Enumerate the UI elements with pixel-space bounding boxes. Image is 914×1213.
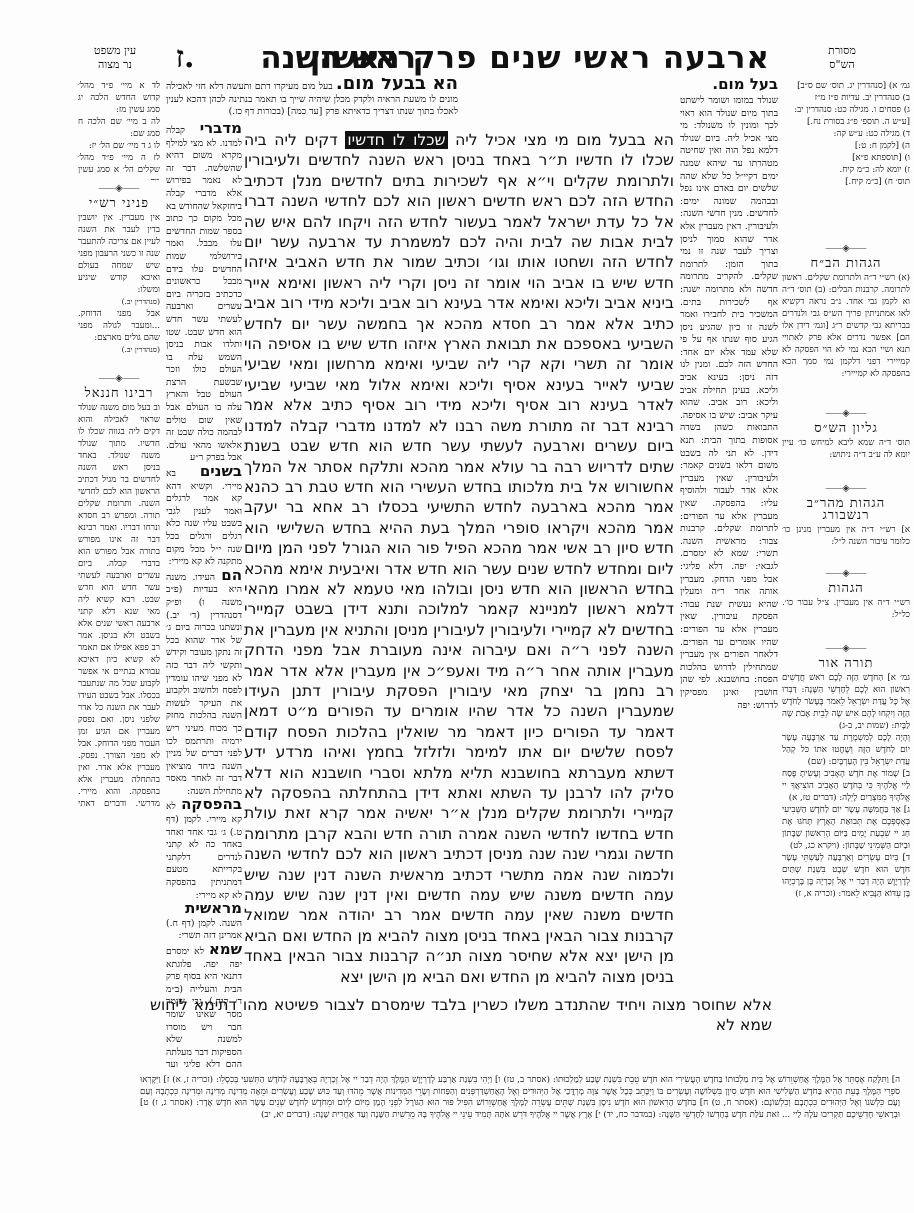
ein-mishpat-label-line1: עין משפט <box>80 44 150 58</box>
torah-or-verse: וְהָיָה לָכֶם לְמִשְׁמֶרֶת עַד אַרְבָּעָ… <box>782 732 910 768</box>
rashi-opening-dibur: בעל מום. <box>712 78 778 93</box>
torah-or-verse: י] אֶרֶץ אֲשֶׁר יי אֱלֹהֶיךָ דֹּרֵשׁ אֹת… <box>261 1110 601 1120</box>
ein-mishpat-label-line2: נר מצוה <box>80 58 150 72</box>
gilyon-hashas-column: ⸺◈⸺ גליון הש״ס תוס׳ ד״ה שמא ליבא למיחש כ… <box>782 405 910 480</box>
rashi-column: שנולד במומו ושומר לישתט בתוך מיום שנולד … <box>680 95 778 1060</box>
tosafot-opening-dibur: הא בבעל מום. <box>336 78 458 94</box>
masoret-label-line2: הש"ס <box>812 58 872 72</box>
chapter-title: ארבעה ראשי שנים פרק ראשון <box>440 40 770 76</box>
masoret-hashas-column: גמ׳ א) [סנהדרין יג. תוס׳ שם ס״ב] ב) סנהד… <box>782 80 910 240</box>
ein-mishpat-entry: לד א מיי׳ פ״ד מהל׳ קדוש החדש הלכה יג סמג… <box>78 80 160 116</box>
section-divider-ornament: ⸺◈⸺ <box>782 484 910 494</box>
masoret-entry: ג) פסחים ו. מגילה כט: סנהדרין יב: <box>782 104 910 116</box>
talmud-page: מסורת הש"ס ארבעה ראשי שנים פרק ראשון ראש… <box>0 0 914 1213</box>
torah-or-bottom-verses: ה] וַתִּלָּקַח אֶסְתֵּר אֶל הַמֶּלֶךְ אֲ… <box>140 1075 900 1121</box>
torah-or-heading: תורה אור <box>782 658 910 670</box>
masoret-entry: ו) [תוספתא פ״א] <box>782 152 910 164</box>
tosafot-dibur: שמא <box>209 940 242 958</box>
source-reference: (סנהדרין יב.) <box>78 296 160 308</box>
masoret-entry: תוס׳ ח) [כ״מ קיח.] <box>782 176 910 188</box>
torah-or-verse: ו] וַיְהִי בִּשְׁנַת אַרְבַּע לְדָרְיָוֶ… <box>172 1075 500 1085</box>
gemara-closing: אלא שחוסר מצוה ויחיד שהתנדב משלו כשרין ב… <box>150 995 772 1055</box>
hagahot-habach-heading: הגהות הב״ח <box>782 258 910 270</box>
tosafot-dibur: מראשית <box>185 899 242 917</box>
ein-mishpat-entry: לז ה מיי׳ פ״ד מהל׳ שקלים הל׳ א סמג עשין … <box>78 152 160 180</box>
tosafot-section: מראשית השנה. לקמן (דף ח.) אמרינן דזה תשר… <box>166 902 242 943</box>
tosafot-text: לא קא מיירי. לקמן (דף ט.) ג׳ גבי אחד ואח… <box>166 801 242 900</box>
masoret-entry: [ע״ש ה. תוספ׳ פ״ג בסורת נח.] <box>782 116 910 128</box>
tosafot-section: בהפסקה לא קא מיירי. לקמן (דף ט.) ג׳ גבי … <box>166 798 242 902</box>
ein-mishpat-entry: לה ב מיי׳ שם הלכה ח סמג שם: <box>78 116 160 140</box>
rabbeinu-chananel-text: וב בעל מום משנה שנולד שראוי לאכילה והוא … <box>78 402 160 810</box>
tosafot-section: מדברי קבלה למדנו. לא מצי למילף מקרא משום… <box>166 122 242 465</box>
pnei-rashi-column: ⸺◈⸺ פניני רש״י אין מעברין. אין יושבין בד… <box>78 180 160 375</box>
gemara-body: דקים ליה ביה שכלו לו חדשיו ת״ר באחד בניס… <box>244 131 674 986</box>
tosafot-text: העידו. משנה היא בעדיות (פ״ב משנה ו) ופ״ק… <box>166 572 242 797</box>
folio-number: ז. <box>170 40 200 75</box>
source-reference: (סנהדרין יב.) <box>78 344 160 356</box>
torah-or-verse: ד] בְּיוֹם עֶשְׂרִים וְאַרְבָּעָה לְעַשְ… <box>782 852 910 900</box>
ein-mishpat-entry: לו ג ד מיי׳ שם הל׳ יז: <box>78 140 160 152</box>
masoret-entry: ה) [לקמן ח: ט:] <box>782 140 910 152</box>
gemara-main-text: הא בבעל מום מי מצי אכיל ליה שכלו לו חדשי… <box>244 130 674 1060</box>
tosafot-dibur: בשנים <box>200 462 242 480</box>
pnei-rashi-heading: פניני רש״י <box>78 198 160 210</box>
rashi-text: שנולד במומו ושומר לישתט בתוך מיום שנולד … <box>680 95 778 711</box>
gilyon-hashas-heading: גליון הש״ס <box>782 423 910 435</box>
tosafot-dibur: הם <box>221 566 242 584</box>
hagahot-column: ⸺◈⸺ הגהות רש״י ד״ה אין מעברין. צ״ל עבור … <box>782 565 910 635</box>
tosafot-text: השנה. לקמן (דף ח.) אמרינן דזה תשרי: <box>166 918 242 942</box>
tosafot-column: מדברי קבלה למדנו. לא מצי למילף מקרא משום… <box>166 122 242 1072</box>
masoret-hashas-label: מסורת הש"ס <box>812 44 872 72</box>
tosafot-text: בא מיירי. וקשיא דהא קא אמר לרגלים ואמר ל… <box>166 468 242 567</box>
pnei-rashi-entry: אין מעברין. אין יושבין בדין לעבר את השנה… <box>78 212 160 296</box>
tosafot-text: קבלה למדנו. לא מצי למילף מקרא משום דהיא … <box>166 125 242 463</box>
ein-mishpat-column: לד א מיי׳ פ״ד מהל׳ קדוש החדש הלכה יג סמג… <box>78 80 160 180</box>
masoret-entry: ז) יומא לה: כ״מ קיח. <box>782 164 910 176</box>
hagahot-regensburg-heading: הגהות מהר״ב רנשבורג <box>782 498 910 522</box>
hagahot-habach-text: (א) רש״י ד״ה ולתרומת שקלים. ראשון לתרומה… <box>782 272 910 380</box>
masoret-entry: ד) מגילה כט: ע״ש קה: <box>782 128 910 140</box>
ein-mishpat-label: עין משפט נר מצוה <box>80 44 150 72</box>
masoret-entry: ב) סנהדרין יב. עדיות פ״ז מ״ז <box>782 92 910 104</box>
hagahot-regensburg-column: ⸺◈⸺ הגהות מהר״ב רנשבורג א] רש״י ד״ה אין … <box>782 480 910 565</box>
section-divider-ornament: ⸺◈⸺ <box>782 244 910 254</box>
section-divider-ornament: ⸺◈⸺ <box>78 184 160 194</box>
tractate-name: ראש השנה <box>266 40 416 76</box>
pnei-rashi-entry: אבל מפני הדוחק. ...ומעבר לגולה מפני שהם … <box>78 308 160 344</box>
rabbeinu-chananel-heading: רבינו חננאל <box>78 388 160 400</box>
tosafot-section: בשנים בא מיירי. וקשיא דהא קא אמר לרגלים … <box>166 465 242 569</box>
section-divider-ornament: ⸺◈⸺ <box>78 374 160 384</box>
section-divider-ornament: ⸺◈⸺ <box>782 644 910 654</box>
tosafot-section: הם העידו. משנה היא בעדיות (פ״ב משנה ו) ו… <box>166 569 242 799</box>
tosafot-dibur: מדברי <box>200 122 242 137</box>
tosafot-dibur: בהפסקה <box>181 795 242 813</box>
torah-or-column: ⸺◈⸺ תורה אור גמ׳ א] הַחֹדֶשׁ הַזֶּה לָכֶ… <box>782 640 910 1070</box>
masoret-label-line1: מסורת <box>812 44 872 58</box>
gemara-highlighted-phrase[interactable]: שכלו לו חדשיו <box>345 131 447 149</box>
section-divider-ornament: ⸺◈⸺ <box>782 569 910 579</box>
hagahot-text: רש״י ד״ה אין מעברין. צ״ל עבור כו׳. כל״ל: <box>782 597 910 621</box>
hagahot-regensburg-text: א] רש״י ד״ה אין מעברין מנינן כו׳ כלומר ע… <box>782 524 910 548</box>
torah-or-verse: ח] בַּחֹדֶשׁ הָרִאשׁוֹן הוּא חֹדֶשׁ נִיס… <box>152 1098 708 1108</box>
rabbeinu-chananel-column: ⸺◈⸺ רבינו חננאל וב בעל מום משנה שנולד שר… <box>78 370 160 810</box>
hagahot-habach-column: ⸺◈⸺ הגהות הב״ח (א) רש״י ד״ה ולתרומת שקלי… <box>782 240 910 400</box>
gemara-opening-line: הא בבעל מום מי מצי אכיל ליה <box>455 131 674 149</box>
torah-or-verse: ב] שָׁמוֹר אֶת חֹדֶשׁ הָאָבִיב וְעָשִׂית… <box>782 768 910 804</box>
torah-or-verse: ה] וַתִּלָּקַח אֶסְתֵּר אֶל הַמֶּלֶךְ אֲ… <box>503 1075 900 1085</box>
torah-or-verse: ג] אַךְ בַּחֲמִשָּׁה עָשָׂר יוֹם לַחֹדֶש… <box>782 804 910 852</box>
hagahot-heading: הגהות <box>782 583 910 595</box>
torah-or-verse: גמ׳ א] הַחֹדֶשׁ הַזֶּה לָכֶם רֹאשׁ חֳדָש… <box>782 672 910 732</box>
gemara-closing-text: אלא שחוסר מצוה ויחיד שהתנדב משלו כשרין ב… <box>150 996 772 1034</box>
tosafot-intro: הא בבעל מום. בעל מום מעיקרו דתם ותעשה דל… <box>166 78 458 122</box>
section-divider-ornament: ⸺◈⸺ <box>782 409 910 419</box>
masoret-entry: גמ׳ א) [סנהדרין יג. תוס׳ שם ס״ב] <box>782 80 910 92</box>
gilyon-hashas-text: תוס׳ ד״ה שמא ליבא למיחש כו׳ עיין יומא לה… <box>782 437 910 461</box>
